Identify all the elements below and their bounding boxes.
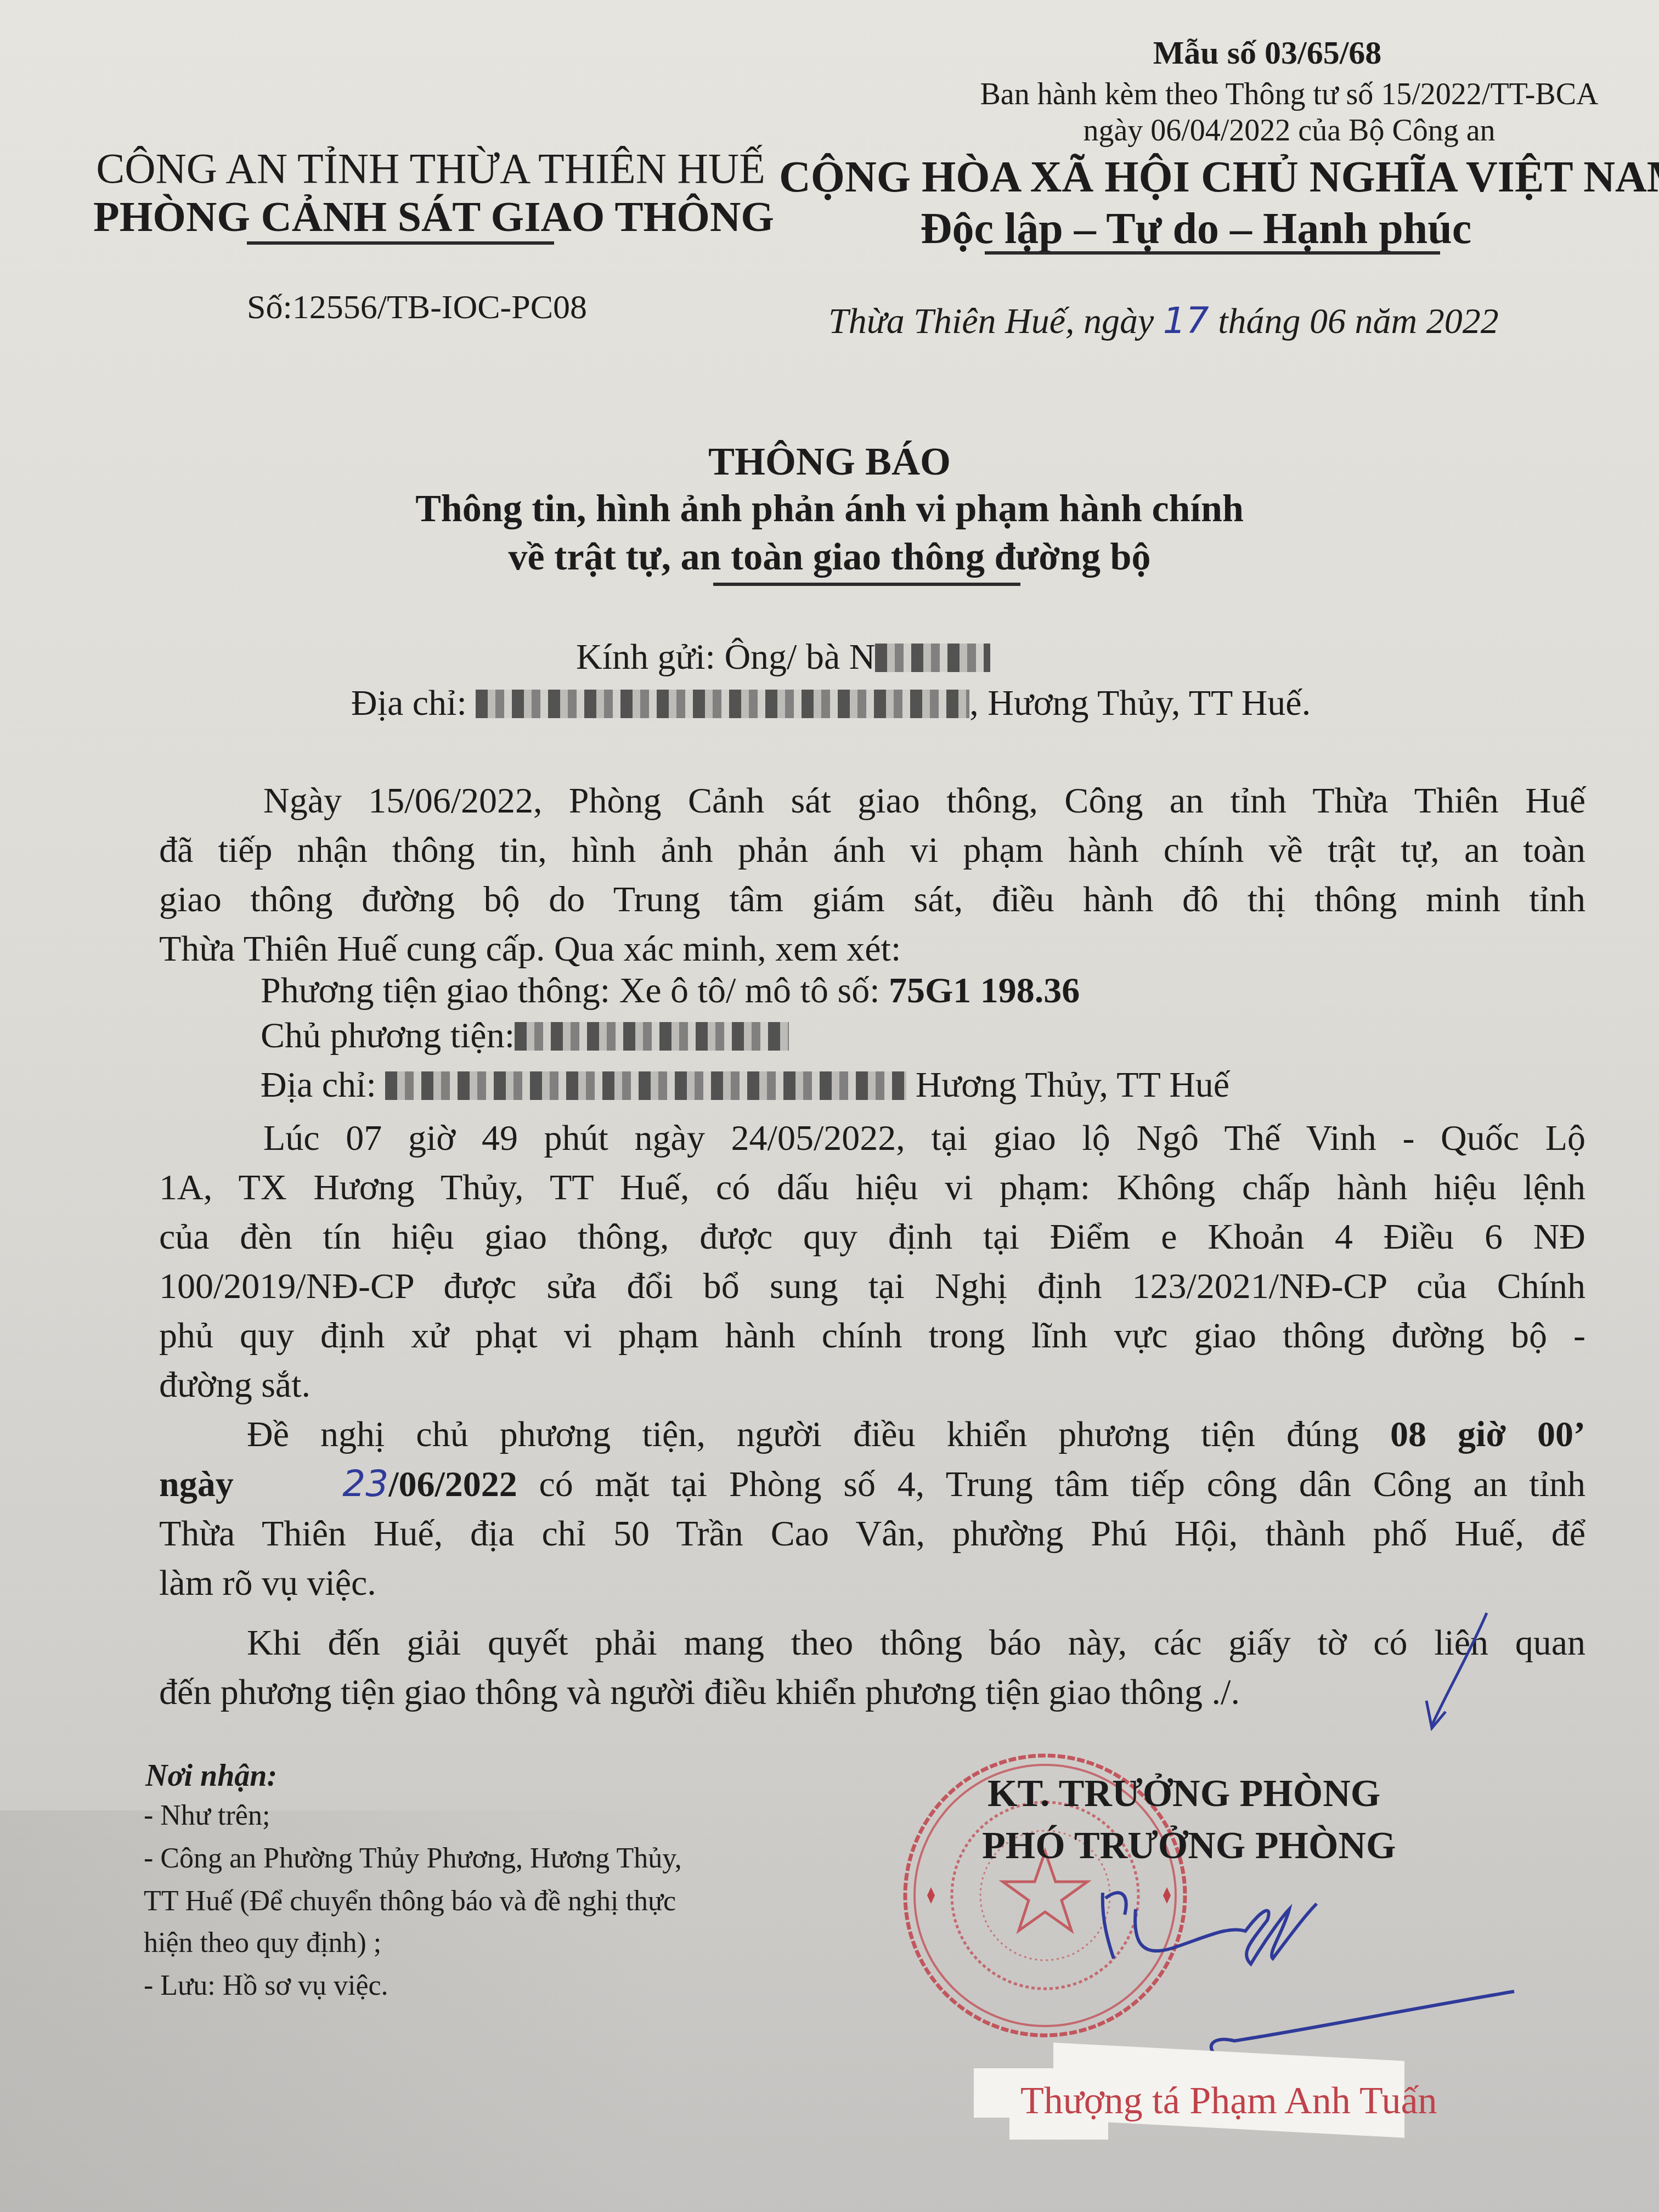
- violation-line: của đèn tín hiệu giao thông, được quy đị…: [159, 1212, 1585, 1262]
- summons-line-4: làm rõ vụ việc.: [159, 1559, 1585, 1608]
- addressee-greeting: Kính gửi: Ông/ bà N: [576, 636, 990, 678]
- intro-paragraph: Ngày 15/06/2022, Phòng Cảnh sát giao thô…: [159, 776, 1585, 974]
- handwritten-signature-icon: [1086, 1876, 1525, 2074]
- owner-field: Chủ phương tiện:: [261, 1015, 789, 1057]
- vehicle-label: Phương tiện giao thông: Xe ô tô/ mô tô s…: [261, 970, 889, 1011]
- title-underline: [713, 583, 1020, 586]
- document-number: Số:12556/TB-IOC-PC08: [247, 288, 587, 327]
- owner-address-field: Địa chỉ: Hương Thủy, TT Huế: [261, 1064, 1229, 1106]
- agency-department: PHÒNG CẢNH SÁT GIAO THÔNG: [93, 192, 768, 241]
- recipient-line: hiện theo quy định) ;: [144, 1927, 381, 1959]
- violation-line: đường sắt.: [159, 1361, 1585, 1410]
- signer-name: Thượng tá Phạm Anh Tuấn: [1020, 2079, 1437, 2123]
- document-subtitle-2: về trật tự, an toàn giao thông đường bộ: [0, 535, 1659, 579]
- national-motto: Độc lập – Tự do – Hạnh phúc: [779, 204, 1613, 254]
- summons-paragraph: Đề nghị chủ phương tiện, người điều khiể…: [159, 1410, 1585, 1608]
- violation-line: Lúc 07 giờ 49 phút ngày 24/05/2022, tại …: [159, 1114, 1585, 1163]
- motto-underline: [985, 251, 1440, 255]
- recipients-title: Nơi nhận:: [145, 1758, 277, 1793]
- address-visible: , Hương Thủy, TT Huế.: [969, 683, 1311, 723]
- greeting-label: Kính gửi: Ông/ bà N: [576, 637, 875, 677]
- owner-address-label: Địa chỉ:: [261, 1065, 385, 1105]
- summons-location: có mặt tại Phòng số 4, Trung tâm tiếp cô…: [517, 1464, 1585, 1504]
- document-title: THÔNG BÁO: [0, 439, 1659, 484]
- closing-line: đến phương tiện giao thông và người điều…: [159, 1668, 1585, 1717]
- closing-paragraph: Khi đến giải quyết phải mang theo thông …: [159, 1618, 1585, 1717]
- country-name: CỘNG HÒA XÃ HỘI CHỦ NGHĨA VIỆT NAM: [779, 153, 1613, 202]
- intro-line: Thừa Thiên Huế cung cấp. Qua xác minh, x…: [159, 924, 1585, 974]
- form-number: Mẫu số 03/65/68: [988, 34, 1547, 72]
- handwritten-day: 17: [1163, 300, 1209, 342]
- agency-underline: [247, 241, 554, 245]
- violation-paragraph: Lúc 07 giờ 49 phút ngày 24/05/2022, tại …: [159, 1114, 1585, 1410]
- issued-with-line-1: Ban hành kèm theo Thông tư số 15/2022/TT…: [977, 77, 1602, 112]
- owner-label: Chủ phương tiện:: [261, 1015, 515, 1056]
- document-page: Mẫu số 03/65/68 Ban hành kèm theo Thông …: [0, 0, 1659, 2212]
- appointment-day-label: ngày: [159, 1464, 234, 1504]
- handwritten-appointment-day: 23: [342, 1463, 388, 1505]
- agency-parent: CÔNG AN TỈNH THỪA THIÊN HUẾ: [93, 144, 768, 193]
- violation-line: 100/2019/NĐ-CP được sửa đổi bổ sung tại …: [159, 1262, 1585, 1311]
- intro-line: giao thông đường bộ do Trung tâm giám sá…: [159, 875, 1585, 924]
- recipient-line: TT Huế (Để chuyển thông báo và đề nghị t…: [144, 1885, 676, 1917]
- redacted-address: [476, 690, 969, 718]
- redacted-name: [875, 644, 990, 672]
- plate-number: 75G1 198.36: [889, 970, 1080, 1011]
- summons-line-1: Đề nghị chủ phương tiện, người điều khiể…: [159, 1410, 1585, 1459]
- signature-title-1: KT. TRƯỞNG PHÒNG: [988, 1772, 1380, 1816]
- violation-line: 1A, TX Hương Thủy, TT Huế, có dấu hiệu v…: [159, 1163, 1585, 1212]
- issued-with-line-2: ngày 06/04/2022 của Bộ Công an: [977, 113, 1602, 148]
- address-label: Địa chỉ:: [351, 683, 476, 723]
- recipient-line: - Công an Phường Thủy Phương, Hương Thủy…: [144, 1842, 682, 1875]
- appointment-time: 08 giờ 00’: [1390, 1414, 1585, 1454]
- closing-line: Khi đến giải quyết phải mang theo thông …: [159, 1618, 1585, 1668]
- summons-line-3: Thừa Thiên Huế, địa chỉ 50 Trần Cao Vân,…: [159, 1509, 1585, 1559]
- summons-line-2: ngày 23/06/2022 có mặt tại Phòng số 4, T…: [159, 1459, 1585, 1509]
- handwritten-check-mark-icon: [1415, 1607, 1492, 1734]
- signature-title-2: PHÓ TRƯỞNG PHÒNG: [982, 1824, 1396, 1868]
- addressee-address: Địa chỉ: , Hương Thủy, TT Huế.: [351, 682, 1311, 724]
- redacted-owner-address: [385, 1071, 906, 1100]
- redacted-owner: [515, 1022, 789, 1051]
- violation-line: phủ quy định xử phạt vi phạm hành chính …: [159, 1311, 1585, 1361]
- document-subtitle-1: Thông tin, hình ảnh phản ánh vi phạm hàn…: [0, 487, 1659, 531]
- appointment-date: /06/2022: [388, 1464, 517, 1504]
- intro-line: Ngày 15/06/2022, Phòng Cảnh sát giao thô…: [159, 776, 1585, 826]
- recipient-line: - Lưu: Hồ sơ vụ việc.: [144, 1970, 388, 2002]
- place-date: Thừa Thiên Huế, ngày 17 tháng 06 năm 202…: [828, 300, 1499, 342]
- place-date-prefix: Thừa Thiên Huế, ngày: [828, 301, 1163, 341]
- vehicle-field: Phương tiện giao thông: Xe ô tô/ mô tô s…: [261, 970, 1080, 1012]
- owner-address-visible: Hương Thủy, TT Huế: [906, 1065, 1229, 1105]
- recipient-line: - Như trên;: [144, 1799, 270, 1832]
- summons-text: Đề nghị chủ phương tiện, người điều khiể…: [247, 1414, 1390, 1454]
- place-date-suffix: tháng 06 năm 2022: [1209, 301, 1499, 341]
- intro-line: đã tiếp nhận thông tin, hình ảnh phản án…: [159, 826, 1585, 875]
